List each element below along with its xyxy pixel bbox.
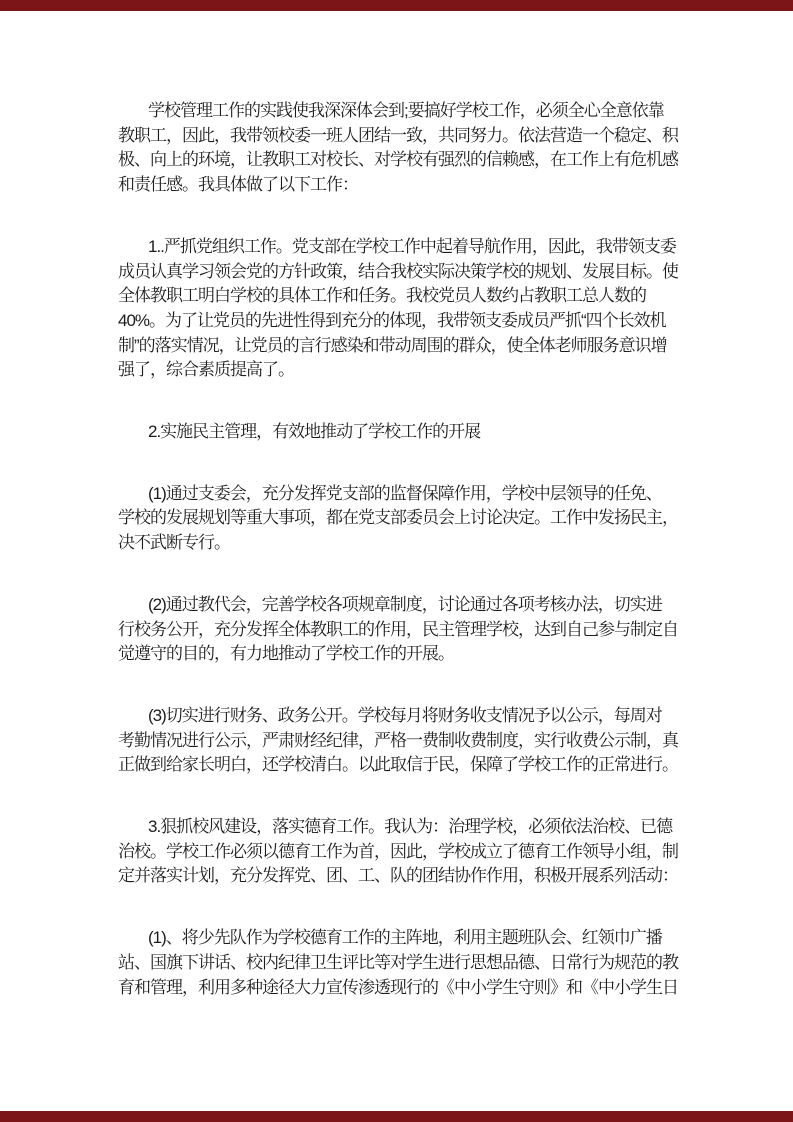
text-line: 行校务公开，充分发挥全体教职工的作用，民主管理学校，达到自己参与制定自 <box>118 618 679 643</box>
text-line: (1)通过支委会，充分发挥党支部的监督保障作用，学校中层领导的任免、 <box>118 482 679 507</box>
text-line: 正做到给家长明白，还学校清白。以此取信于民，保障了学校工作的正常进行。 <box>118 753 679 778</box>
paragraph: (1)通过支委会，充分发挥党支部的监督保障作用，学校中层领导的任免、学校的发展规… <box>118 482 679 556</box>
document-page: 学校管理工作的实践使我深深体会到;要搞好学校工作，必须全心全意依靠教职工，因此，… <box>0 0 793 1122</box>
text-line: 40%。为了让党员的先进性得到充分的体现，我带领支委成员严抓“四个长效机 <box>118 309 679 334</box>
paragraph: (1)、将少先队作为学校德育工作的主阵地，利用主题班队会、红领巾广播站、国旗下讲… <box>118 926 679 1000</box>
paragraph: 3.狠抓校风建设，落实德育工作。我认为：治理学校，必须依法治校、已德治校。学校工… <box>118 815 679 889</box>
text-line: 觉遵守的目的，有力地推动了学校工作的开展。 <box>118 642 679 667</box>
text-line: 2.实施民主管理，有效地推动了学校工作的开展 <box>118 420 679 445</box>
document-body: 学校管理工作的实践使我深深体会到;要搞好学校工作，必须全心全意依靠教职工，因此，… <box>118 99 679 1000</box>
text-line: (2)通过教代会，完善学校各项规章制度，讨论通过各项考核办法，切实进 <box>118 593 679 618</box>
paragraph: (3)切实进行财务、政务公开。学校每月将财务收支情况予以公示，每周对考勤情况进行… <box>118 704 679 778</box>
text-line: 决不武断专行。 <box>118 531 679 556</box>
text-line: 定并落实计划，充分发挥党、团、工、队的团结协作作用，积极开展系列活动： <box>118 864 679 889</box>
text-line: 学校管理工作的实践使我深深体会到;要搞好学校工作，必须全心全意依靠 <box>118 99 679 124</box>
text-line: 极、向上的环境，让教职工对校长、对学校有强烈的信赖感，在工作上有危机感 <box>118 148 679 173</box>
text-line: (3)切实进行财务、政务公开。学校每月将财务收支情况予以公示，每周对 <box>118 704 679 729</box>
page-bottom-edge-bar <box>0 1111 793 1122</box>
text-line: 学校的发展规划等重大事项，都在党支部委员会上讨论决定。工作中发扬民主， <box>118 506 679 531</box>
paragraph: 学校管理工作的实践使我深深体会到;要搞好学校工作，必须全心全意依靠教职工，因此，… <box>118 99 679 198</box>
text-line: 育和管理，利用多种途径大力宣传渗透现行的《中小学生守则》和《中小学生日 <box>118 976 679 1001</box>
text-line: 教职工，因此，我带领校委一班人团结一致，共同努力。依法营造一个稳定、积 <box>118 124 679 149</box>
text-line: 成员认真学习领会党的方针政策，结合我校实际决策学校的规划、发展目标。使 <box>118 260 679 285</box>
text-line: 全体教职工明白学校的具体工作和任务。我校党员人数约占教职工总人数的 <box>118 284 679 309</box>
text-line: 站、国旗下讲话、校内纪律卫生评比等对学生进行思想品德、日常行为规范的教 <box>118 951 679 976</box>
text-line: 3.狠抓校风建设，落实德育工作。我认为：治理学校，必须依法治校、已德 <box>118 815 679 840</box>
text-line: 强了，综合素质提高了。 <box>118 358 679 383</box>
text-line: 考勤情况进行公示，严肃财经纪律，严格一费制收费制度，实行收费公示制，真 <box>118 729 679 754</box>
paragraph: 1..严抓党组织工作。党支部在学校工作中起着导航作用，因此，我带领支委成员认真学… <box>118 235 679 383</box>
paragraph: 2.实施民主管理，有效地推动了学校工作的开展 <box>118 420 679 445</box>
text-line: (1)、将少先队作为学校德育工作的主阵地，利用主题班队会、红领巾广播 <box>118 926 679 951</box>
paragraph: (2)通过教代会，完善学校各项规章制度，讨论通过各项考核办法，切实进行校务公开，… <box>118 593 679 667</box>
text-line: 治校。学校工作必须以德育工作为首，因此，学校成立了德育工作领导小组，制 <box>118 840 679 865</box>
text-line: 和责任感。我具体做了以下工作： <box>118 173 679 198</box>
page-top-edge-bar <box>0 0 793 11</box>
text-line: 制”的落实情况，让党员的言行感染和带动周围的群众，使全体老师服务意识增 <box>118 334 679 359</box>
text-line: 1..严抓党组织工作。党支部在学校工作中起着导航作用，因此，我带领支委 <box>118 235 679 260</box>
